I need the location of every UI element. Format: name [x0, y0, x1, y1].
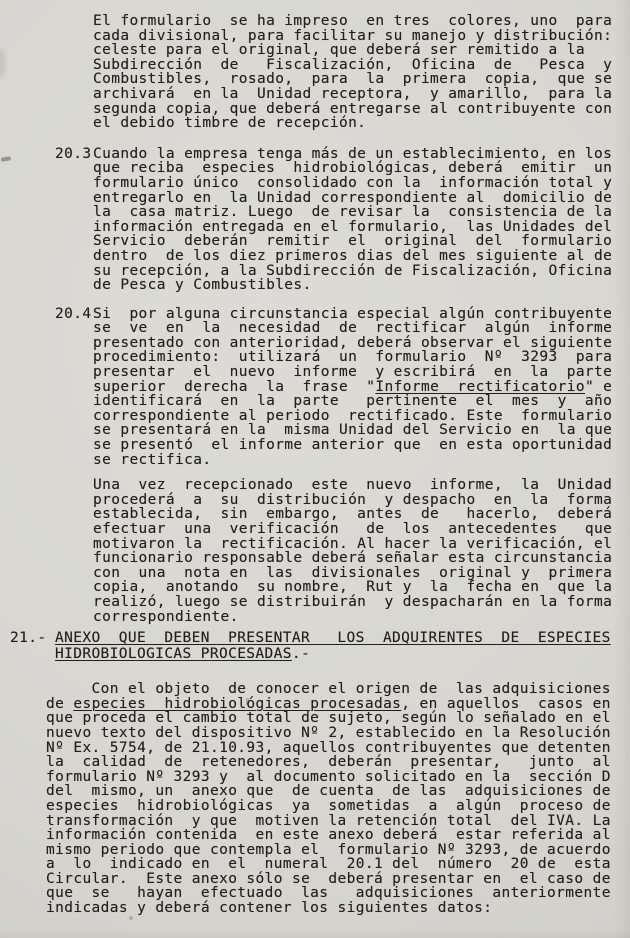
text-line: identificará en la parte pertinente el m… — [93, 394, 630, 409]
text-line: Nº Ex. 5754, de 21.10.93, aquellos contr… — [46, 741, 630, 756]
text-line: de Pesca y Combustibles. — [93, 278, 630, 293]
text-segment: funcionario responsable deberá señalar e… — [93, 550, 612, 566]
para-una-vez: Una vez recepcionado este nuevo informe,… — [93, 478, 630, 624]
text-segment: El formulario se ha impreso en tres colo… — [93, 13, 612, 29]
text-line: con una nota en las divisionales origina… — [93, 566, 630, 581]
text-line: dentro de los diez primeros dias del mes… — [93, 249, 630, 264]
text-segment: dentro de los diez primeros dias del mes… — [93, 248, 612, 264]
text-line: cada divisional, para facilitar su manej… — [93, 29, 630, 44]
text-segment: celeste para el original, que deberá ser… — [93, 42, 585, 58]
text-line: se rectifica. — [93, 453, 630, 468]
text-line: la calidad de retenedores, deberán prese… — [46, 755, 630, 770]
text-line: segunda copia, que deberá entregarse al … — [93, 102, 630, 117]
text-line: El formulario se ha impreso en tres colo… — [93, 14, 630, 29]
text-segment: Una vez recepcionado este nuevo informe,… — [93, 477, 612, 493]
para-intro: El formulario se ha impreso en tres colo… — [93, 14, 630, 131]
text-line: se ve en la necesidad de rectificar algú… — [93, 321, 630, 336]
text-line: ANEXO QUE DEBEN PRESENTAR LOS ADQUIRENTE… — [55, 631, 630, 647]
text-line: a lo indicado en el numeral 20.1 del núm… — [46, 857, 630, 872]
text-line: que proceda el cambio total de sujeto, s… — [46, 711, 630, 726]
text-segment: a lo indicado en el numeral 20.1 del núm… — [46, 856, 611, 872]
text-segment: formulario único consolidado con la info… — [93, 175, 612, 191]
text-line: especies hidrobiológicas ya sometidas a … — [46, 799, 630, 814]
text-line: HIDROBIOLOGICAS PROCESADAS.- — [55, 647, 630, 663]
section-number: 21.- — [10, 631, 46, 646]
heading-21: 21.-ANEXO QUE DEBEN PRESENTAR LOS ADQUIR… — [55, 631, 630, 662]
text-line: Con el objeto de conocer el origen de la… — [46, 682, 630, 697]
text-segment: Servicio deberán remitir el original del… — [93, 233, 612, 249]
document-page: El formulario se ha impreso en tres colo… — [0, 0, 630, 938]
scan-artifact-smudge — [0, 48, 5, 78]
text-line: nuevo texto del dispositivo Nº 2, establ… — [46, 726, 630, 741]
section-number: 20.4 — [55, 307, 91, 322]
text-line: se presentará en la misma Unidad del Ser… — [93, 423, 630, 438]
text-segment: se ve en la necesidad de rectificar algú… — [93, 320, 612, 336]
text-segment: copia, anotando su nombre, Rut y la fech… — [93, 579, 612, 595]
text-line: el debido timbre de recepción. — [93, 116, 630, 131]
text-segment: efectuar una verificación de los anteced… — [93, 521, 612, 537]
text-segment: especies hidrobiológicas ya sometidas a … — [46, 798, 611, 814]
text-segment: .- — [292, 646, 310, 662]
text-segment: la casa matriz. Luego de revisar la cons… — [93, 204, 612, 220]
text-line: del mismo, un anexo que de cuenta de las… — [46, 784, 630, 799]
text-segment: Con el objeto de conocer el origen de la… — [46, 681, 611, 697]
text-segment: que proceda el cambio total de sujeto, s… — [46, 710, 611, 726]
text-line: formulario único consolidado con la info… — [93, 176, 630, 191]
text-segment: indicadas y deberá contener los siguient… — [46, 900, 492, 916]
section-number: 20.3 — [55, 147, 91, 162]
text-line: Subdirección de Fiscalización, Oficina d… — [93, 58, 630, 73]
text-line: transformación y que motiven la retenció… — [46, 814, 630, 829]
section-20-4: 20.4Si por alguna circunstancia especial… — [93, 307, 630, 468]
scan-artifact-tick — [129, 916, 133, 920]
text-line: presentar el nuevo informe y escribirá e… — [93, 365, 630, 380]
text-segment: que reciba especies hidrobiológicas, deb… — [93, 160, 612, 176]
text-segment: entregarlo en la Unidad correspondiente … — [93, 190, 612, 206]
text-segment: con una nota en las divisionales origina… — [93, 565, 612, 581]
text-segment: Subdirección de Fiscalización, Oficina d… — [93, 57, 612, 73]
text-segment: Circular. Este anexo sólo se deberá pres… — [46, 871, 611, 887]
underlined-text: HIDROBIOLOGICAS PROCESADAS — [55, 646, 292, 662]
text-segment: su recepción, a la Subdirección de Fisca… — [93, 263, 612, 279]
text-segment: el debido timbre de recepción. — [93, 115, 366, 131]
text-line: Servicio deberán remitir el original del… — [93, 234, 630, 249]
text-line: entregarlo en la Unidad correspondiente … — [93, 191, 630, 206]
text-line: la casa matriz. Luego de revisar la cons… — [93, 205, 630, 220]
section-20-3: 20.3Cuando la empresa tenga más de un es… — [93, 147, 630, 293]
text-line: formulario Nº 3293 y al documento solici… — [46, 770, 630, 785]
text-segment: identificará en la parte pertinente el m… — [93, 393, 612, 409]
text-line: realizó, luego se distribuirán y despach… — [93, 595, 630, 610]
text-line: motivaron la rectificación. Al hacer la … — [93, 537, 630, 552]
text-segment: la calidad de retenedores, deberán prese… — [46, 754, 611, 770]
text-line: efectuar una verificación de los anteced… — [93, 522, 630, 537]
text-segment: formulario Nº 3293 y al documento solici… — [46, 769, 611, 785]
text-line: correspondiente. — [93, 610, 630, 625]
text-segment: se rectifica. — [93, 452, 211, 468]
text-line: Circular. Este anexo sólo se deberá pres… — [46, 872, 630, 887]
text-segment: nuevo texto del dispositivo Nº 2, establ… — [46, 725, 611, 741]
text-line: archivará en la Unidad receptora, y amar… — [93, 87, 630, 102]
text-segment: archivará en la Unidad receptora, y amar… — [93, 86, 612, 102]
para-con-el-objeto: Con el objeto de conocer el origen de la… — [46, 682, 630, 916]
text-line: funcionario responsable deberá señalar e… — [93, 551, 630, 566]
text-segment: Combustibles, rosado, para la primera co… — [93, 71, 612, 87]
text-segment: establecida, sin embargo, antes de hacer… — [93, 506, 612, 522]
text-line: Combustibles, rosado, para la primera co… — [93, 72, 630, 87]
text-line: procedimiento: utilizará un formulario N… — [93, 350, 630, 365]
text-line: información contenida en este anexo debe… — [46, 828, 630, 843]
text-line: que reciba especies hidrobiológicas, deb… — [93, 161, 630, 176]
text-line: que se hayan efectuado las adquisiciones… — [46, 886, 630, 901]
text-segment: del mismo, un anexo que de cuenta de las… — [46, 783, 611, 799]
text-line: se presentó el informe anterior que en e… — [93, 438, 630, 453]
text-line: copia, anotando su nombre, Rut y la fech… — [93, 580, 630, 595]
scan-artifact-dash — [1, 156, 12, 162]
text-line: su recepción, a la Subdirección de Fisca… — [93, 264, 630, 279]
text-segment: presentar el nuevo informe y escribirá e… — [93, 364, 612, 380]
text-line: celeste para el original, que deberá ser… — [93, 43, 630, 58]
text-line: indicadas y deberá contener los siguient… — [46, 901, 630, 916]
text-line: Una vez recepcionado este nuevo informe,… — [93, 478, 630, 493]
underlined-text: ANEXO QUE DEBEN PRESENTAR LOS ADQUIRENTE… — [55, 630, 611, 646]
text-segment: información contenida en este anexo debe… — [46, 827, 611, 843]
text-line: establecida, sin embargo, antes de hacer… — [93, 507, 630, 522]
text-segment: de Pesca y Combustibles. — [93, 277, 312, 293]
text-segment: realizó, luego se distribuirán y despach… — [93, 594, 612, 610]
text-segment: correspondiente. — [93, 609, 239, 625]
scan-edge-shadow — [0, 928, 630, 938]
text-segment: se presentó el informe anterior que en e… — [93, 437, 612, 453]
